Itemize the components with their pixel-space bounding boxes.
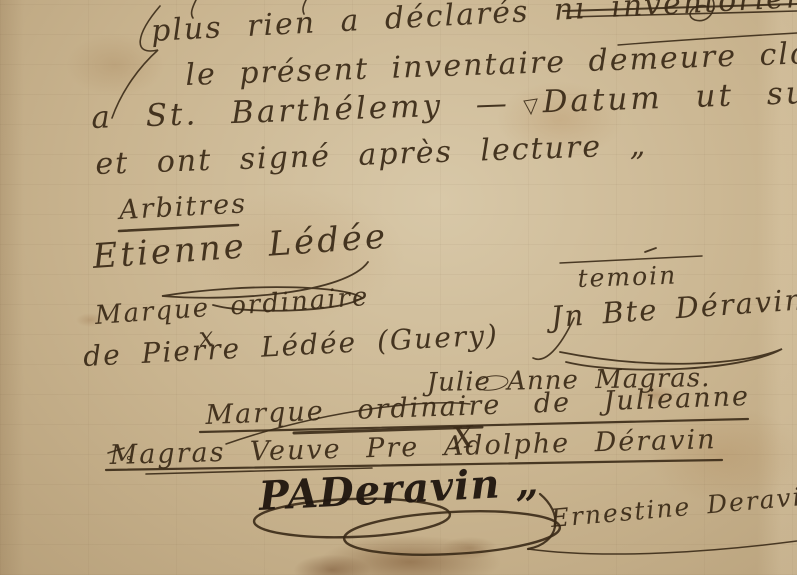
manuscript-page: plus rien a déclarés ni inventorier le p…: [0, 0, 797, 575]
temoin-tick: [645, 248, 656, 252]
section-heading-arbitres: Arbitres: [119, 190, 248, 225]
witness-label-temoin: temoin: [577, 263, 678, 293]
flourish-loop: [343, 506, 561, 559]
ernestine-underline: [528, 541, 797, 554]
